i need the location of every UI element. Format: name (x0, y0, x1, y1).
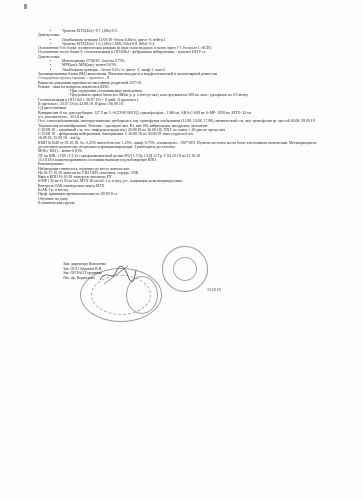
bullet-item: Уровень МТХ(42ч)- 8,7, (48ч)-0,5. (38, 29, 330, 33)
scan-mark (24, 4, 27, 9)
text-line: КМП №1648 от 05.10.18: бл.-2,25% миелобл… (38, 141, 330, 150)
text-line: Осл.: гипоальбуминемия, гипопротеинемия,… (38, 119, 330, 128)
bullet-item: Люмбальная пункция – белок 0,23 г/л, цит… (38, 68, 330, 72)
document-body: Уровень МТХ(42ч)- 8,7, (48ч)-0,5.Диагнос… (38, 29, 330, 205)
signature-line: Леч. вр. Корнилова (63, 276, 106, 281)
text-line: II клиническая группа. (38, 201, 330, 205)
signature-block: Зам. директора Коваленко Зав. ОСО Абрамо… (63, 262, 106, 280)
bullet-item: Уровень МТХ(42ч)- 1,0, (48ч)-1,008, (54ч… (38, 42, 330, 46)
scanned-page: Уровень МТХ(42ч)- 8,7, (48ч)-0,5.Диагнос… (0, 0, 363, 500)
round-stamp-right (162, 246, 208, 292)
signature-line: Зам. директора Коваленко (63, 262, 106, 267)
document-date: 15.10.18. (207, 288, 222, 292)
